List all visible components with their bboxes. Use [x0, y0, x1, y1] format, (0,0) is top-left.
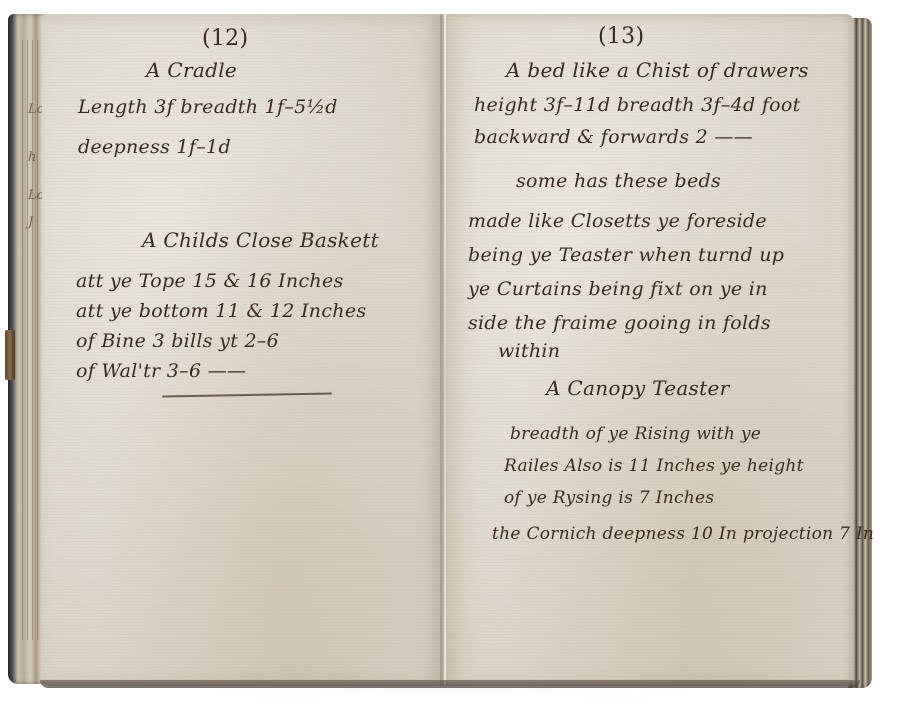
margin-mark: J: [28, 215, 33, 230]
manuscript-photo: Lo h Lo J (12) A Cradle Length 3f breadt…: [0, 0, 900, 702]
text-line: of Wal'tr 3–6 ——: [76, 360, 246, 382]
text-line: deepness 1f–1d: [78, 136, 231, 158]
text-line: breadth of ye Rising with ye: [510, 424, 761, 444]
book-bottom-edge: [40, 680, 860, 688]
text-line: Length 3f breadth 1f–5½d: [78, 96, 338, 118]
text-line: of ye Rysing is 7 Inches: [504, 488, 714, 508]
text-line: att ye bottom 11 & 12 Inches: [76, 300, 366, 322]
text-line: height 3f–11d breadth 3f–4d foot: [474, 94, 801, 116]
text-line: some has these beds: [516, 170, 721, 192]
text-line: att ye Tope 15 & 16 Inches: [76, 270, 344, 292]
section-heading: A Cradle: [146, 58, 237, 82]
text-line: Railes Also is 11 Inches ye height: [504, 456, 804, 476]
left-page: (12) A Cradle Length 3f breadth 1f–5½d d…: [42, 14, 444, 686]
section-heading: A Childs Close Baskett: [142, 228, 379, 252]
section-heading: A Canopy Teaster: [546, 376, 729, 400]
text-line: the Cornich deepness 10 In projection 7 …: [492, 524, 874, 544]
text-line: backward & forwards 2 ——: [474, 126, 753, 148]
text-line: within: [498, 340, 560, 362]
text-line: side the fraime gooing in folds: [468, 312, 771, 334]
text-line: made like Closetts ye foreside: [468, 210, 767, 232]
text-line: of Bine 3 bills yt 2–6: [76, 330, 279, 352]
section-heading: A bed like a Chist of drawers: [506, 58, 809, 82]
margin-mark: h: [28, 150, 36, 165]
text-line: being ye Teaster when turnd up: [468, 244, 784, 266]
text-line: ye Curtains being fixt on ye in: [468, 278, 768, 300]
right-page: (13) A bed like a Chist of drawers heigh…: [446, 14, 854, 686]
page-number: (13): [598, 24, 644, 49]
page-number: (12): [202, 26, 248, 51]
ink-rule: [162, 393, 332, 398]
book-clasp: [5, 330, 15, 380]
page-stack-lines-left: [22, 40, 42, 640]
